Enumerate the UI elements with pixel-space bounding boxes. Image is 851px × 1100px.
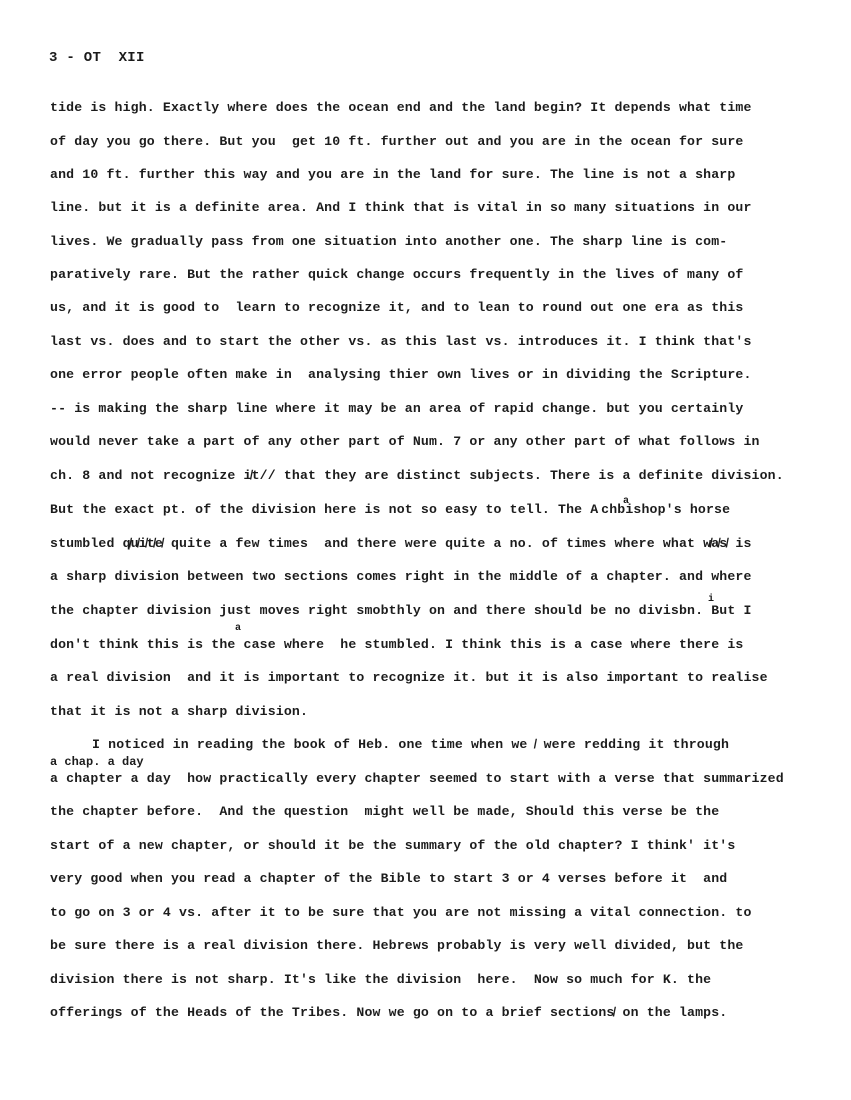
text-line: a chapter a day how practically every ch… (50, 771, 784, 786)
interlinear-correction: a (235, 623, 241, 634)
text-line: a sharp division between two sections co… (50, 569, 752, 584)
text-line: I noticed in reading the book of Heb. on… (92, 737, 729, 752)
text-line: lives. We gradually pass from one situat… (50, 234, 727, 249)
text-line: the chapter before. And the question mig… (50, 804, 719, 819)
text-line: But the exact pt. of the division here i… (50, 502, 730, 517)
text-line: very good when you read a chapter of the… (50, 871, 727, 886)
text-line: a real division and it is important to r… (50, 670, 768, 685)
text-line: division there is not sharp. It's like t… (50, 972, 711, 987)
text-line: line. but it is a definite area. And I t… (50, 200, 752, 215)
text-line: would never take a part of any other par… (50, 434, 760, 449)
text-line: -- is making the sharp line where it may… (50, 401, 744, 416)
text-line: and 10 ft. further this way and you are … (50, 167, 735, 182)
text-line: don't think this is the case where he st… (50, 637, 744, 652)
text-line: be sure there is a real division there. … (50, 938, 744, 953)
typed-document-page: 3 - OT XII tide is high. Exactly where d… (0, 0, 851, 1100)
text-line: paratively rare. But the rather quick ch… (50, 267, 744, 282)
text-line: that it is not a sharp division. (50, 704, 308, 719)
text-line: ch. 8 and not recognize i̸t// that they … (50, 468, 784, 483)
text-line: tide is high. Exactly where does the oce… (50, 100, 752, 115)
page-header: 3 - OT XII (49, 50, 145, 66)
interlinear-insertion: a chap. a day (50, 755, 144, 769)
text-line: offerings of the Heads of the Tribes. No… (50, 1005, 727, 1020)
text-line: stumbled q̸u̸i̸t̸e̸ quite a few times an… (50, 536, 752, 551)
text-line: one error people often make in analysing… (50, 367, 752, 382)
text-line: start of a new chapter, or should it be … (50, 838, 735, 853)
text-line: of day you go there. But you get 10 ft. … (50, 134, 744, 149)
text-line: last vs. does and to start the other vs.… (50, 334, 752, 349)
text-line: the chapter division just moves right sm… (50, 603, 752, 618)
text-line: us, and it is good to learn to recognize… (50, 300, 744, 315)
text-line: to go on 3 or 4 vs. after it to be sure … (50, 905, 752, 920)
